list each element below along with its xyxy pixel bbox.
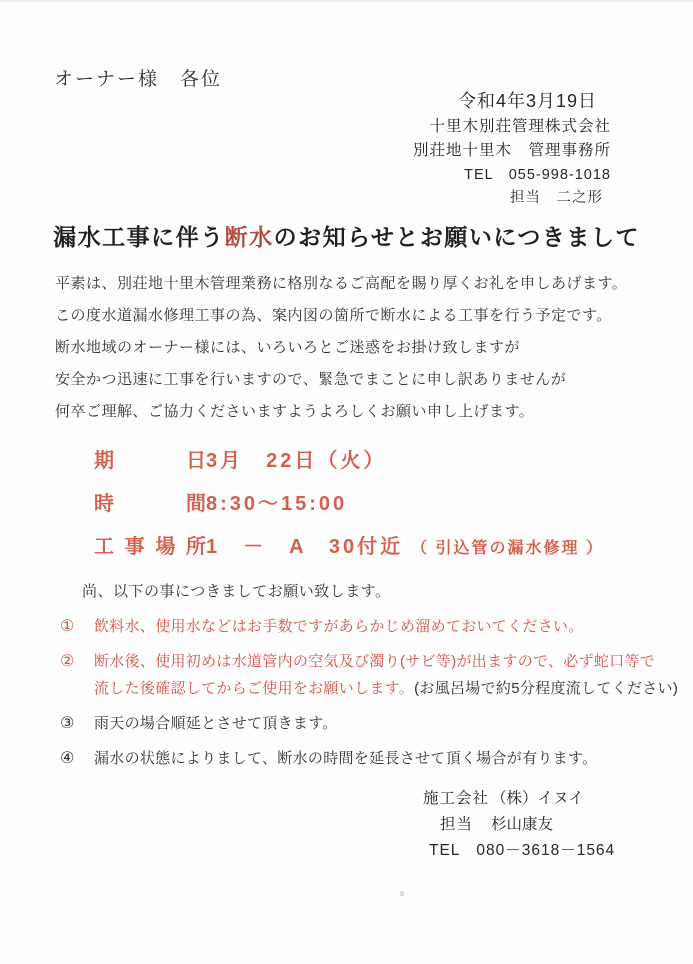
contact-name: 杉山康友	[491, 812, 553, 838]
title-post: のお知らせとお願いにつきまして	[274, 225, 640, 250]
schedule-block: 期 日 3月 22日（火） 時 間 8:30～15:00 工事場所 1 － A …	[94, 444, 604, 573]
signature-contact-row: 担当 杉山康友	[440, 812, 615, 838]
note-text: 飲料水、使用水などはお手数ですがあらかじめ溜めておいてください。	[94, 613, 584, 640]
body-line: 断水地域のオーナー様には、いろいろとご迷惑をお掛け致しますが	[55, 332, 668, 364]
contact-label: 担当	[440, 812, 491, 838]
note-line-2-red: 流した後確認してからご使用をお願いします。	[94, 680, 414, 697]
schedule-value: 8:30～15:00	[206, 487, 347, 516]
note-item-1: ① 飲料水、使用水などはお手数ですがあらかじめ溜めておいてください。	[60, 613, 685, 640]
contractor-label: 施工会社	[423, 786, 491, 812]
schedule-row-time: 時 間 8:30～15:00	[94, 487, 604, 516]
notes-list: ① 飲料水、使用水などはお手数ですがあらかじめ溜めておいてください。 ② 断水後…	[60, 613, 685, 780]
schedule-value: 1 － A 30付近	[206, 530, 403, 559]
schedule-location-note: （ 引込管の漏水修理 ）	[411, 535, 604, 558]
note-text: 漏水の状態によりまして、断水の時間を延長させて頂く場合が有ります。	[94, 745, 597, 772]
note-line-2: 流した後確認してからご使用をお願いします。(お風呂場で約5分程度流してください)	[94, 675, 678, 702]
note-number: ③	[60, 710, 94, 737]
note-item-3: ③ 雨天の場合順延とさせて頂きます。	[60, 710, 685, 737]
document-title: 漏水工事に伴う断水のお知らせとお願いにつきまして	[0, 219, 693, 252]
schedule-label: 時 間	[94, 487, 206, 516]
notes-intro: 尚、以下の事につきましてお願い致します。	[82, 580, 391, 601]
body-line: 安全かつ迅速に工事を行いますので、緊急でまことに申し訳ありませんが	[55, 364, 668, 396]
signature-tel: TEL 080－3618－1564	[429, 838, 615, 864]
schedule-row-date: 期 日 3月 22日（火）	[94, 444, 604, 473]
letterhead-office: 別荘地十里木 管理事務所	[413, 139, 611, 163]
title-pre: 漏水工事に伴う	[53, 225, 225, 250]
recipient-line: オーナー様 各位	[54, 64, 222, 91]
note-line-1: 断水後、使用初めは水道管内の空気及び濁り(サビ等)が出ますので、必ず蛇口等で	[94, 648, 678, 675]
contractor-name: （株）イヌイ	[491, 786, 584, 812]
schedule-label: 期 日	[94, 444, 206, 473]
note-item-4: ④ 漏水の状態によりまして、断水の時間を延長させて頂く場合が有ります。	[60, 745, 685, 772]
body-line: 何卒ご理解、ご協力くださいますようよろしくお願い申し上げます。	[55, 396, 668, 428]
schedule-row-location: 工事場所 1 － A 30付近 （ 引込管の漏水修理 ）	[94, 530, 604, 559]
schedule-value: 3月 22日（火）	[206, 444, 386, 473]
signature-contractor-row: 施工会社 （株）イヌイ	[423, 786, 615, 812]
note-text: 断水後、使用初めは水道管内の空気及び濁り(サビ等)が出ますので、必ず蛇口等で 流…	[94, 648, 678, 702]
scan-speck	[400, 891, 404, 896]
letterhead-tel: TEL 055-998-1018	[413, 163, 611, 187]
letterhead-date: 令和4年3月19日	[413, 88, 597, 115]
schedule-label: 工事場所	[94, 530, 206, 559]
title-emphasis-dansui: 断水	[225, 225, 274, 250]
note-number: ①	[60, 613, 94, 640]
scan-edge-artifact	[0, 0, 693, 2]
note-text: 雨天の場合順延とさせて頂きます。	[94, 710, 338, 737]
body-line: 平素は、別荘地十里木管理業務に格別なるご高配を賜り厚くお礼を申しあげます。	[55, 268, 668, 300]
body-line: この度水道漏水修理工事の為、案内図の箇所で断水による工事を行う予定です。	[55, 300, 668, 332]
scanned-notice-page: オーナー様 各位 令和4年3月19日 十里木別荘管理株式会社 別荘地十里木 管理…	[0, 0, 693, 964]
note-item-2: ② 断水後、使用初めは水道管内の空気及び濁り(サビ等)が出ますので、必ず蛇口等で…	[60, 648, 685, 702]
body-paragraph: 平素は、別荘地十里木管理業務に格別なるご高配を賜り厚くお礼を申しあげます。 この…	[55, 268, 668, 428]
note-line-2-black: (お風呂場で約5分程度流してください)	[414, 680, 678, 697]
note-number: ④	[60, 745, 94, 772]
letterhead-company: 十里木別荘管理株式会社	[413, 115, 611, 139]
signature-block: 施工会社 （株）イヌイ 担当 杉山康友 TEL 080－3618－1564	[423, 786, 615, 864]
note-number: ②	[60, 648, 94, 702]
letterhead-contact: 担当 二之形	[413, 187, 603, 210]
letterhead-block: 令和4年3月19日 十里木別荘管理株式会社 別荘地十里木 管理事務所 TEL 0…	[413, 88, 611, 210]
